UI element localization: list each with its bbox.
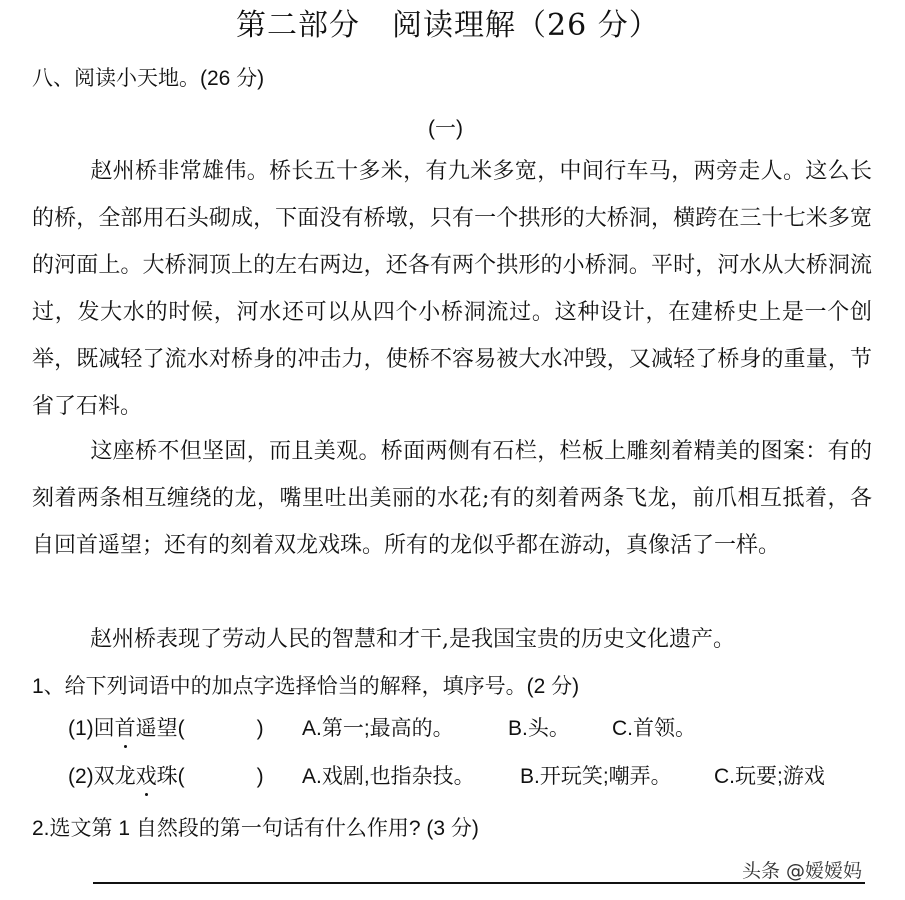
- word-prefix: 双龙: [94, 764, 136, 788]
- passage-paragraph-2: 这座桥不但坚固，而且美观。桥面两侧有石栏，栏板上雕刻着精美的图案：有的刻着两条相…: [32, 428, 872, 569]
- word-suffix: 遥望: [136, 716, 178, 740]
- option-c: C.玩要;游戏: [714, 760, 825, 790]
- passage-paragraph-1: 赵州桥非常雄伟。桥长五十多米，有九米多宽，中间行车马，两旁走人。这么长的桥，全部…: [32, 148, 872, 430]
- watermark: 头条 @嫒嫒妈: [742, 856, 862, 883]
- question-2: 2.选文第 1 自然段的第一句话有什么作用? (3 分): [32, 812, 479, 842]
- question-1: 1、给下列词语中的加点字选择恰当的解释，填序号。(2 分): [32, 670, 579, 700]
- option-c: C.首领。: [612, 712, 696, 742]
- word-suffix: 珠: [157, 764, 178, 788]
- emphasis-dotted-char: 首: [115, 712, 136, 742]
- emphasis-dotted-char: 戏: [136, 760, 157, 790]
- passage-paragraph-3: 赵州桥表现了劳动人民的智慧和才干,是我国宝贵的历史文化遗产。: [32, 616, 872, 663]
- question-1-item-2: (2)双龙戏珠(): [68, 760, 264, 790]
- word-prefix: 回: [94, 716, 115, 740]
- passage-number: (一): [428, 112, 463, 142]
- page-title: 第二部分阅读理解（26 分）: [236, 0, 660, 44]
- option-a: A.戏剧,也指杂技。: [302, 760, 475, 790]
- title-section: 阅读理解（26 分）: [392, 8, 660, 43]
- option-b: B.头。: [508, 712, 570, 742]
- question-1-item-1: (1)回首遥望(): [68, 712, 264, 742]
- title-part: 第二部分: [236, 8, 360, 43]
- answer-blank[interactable]: (): [178, 765, 264, 788]
- section-heading: 八、阅读小天地。(26 分): [32, 62, 264, 92]
- option-a: A.第一;最高的。: [302, 712, 454, 742]
- item-number: (1): [68, 717, 94, 740]
- answer-blank[interactable]: (): [178, 717, 264, 740]
- option-b: B.开玩笑;嘲弄。: [520, 760, 672, 790]
- answer-line[interactable]: [93, 882, 865, 884]
- item-number: (2): [68, 765, 94, 788]
